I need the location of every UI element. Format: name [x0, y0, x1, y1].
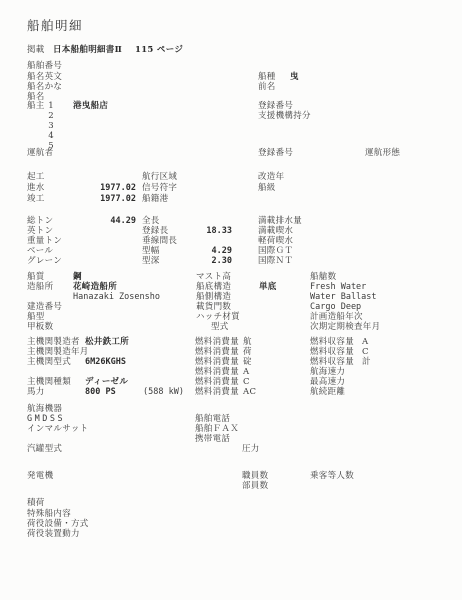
cargo-label: 積荷 — [27, 498, 45, 508]
breadth-value: 4.29 — [187, 246, 232, 256]
hull-material-value: 鋼 — [73, 272, 82, 282]
registry-port-label: 船籍港 — [142, 194, 168, 204]
nav-area-label: 航行区域 — [142, 172, 177, 182]
dwt-label: 重量トン — [27, 236, 62, 246]
lpp-label: 垂線間長 — [142, 236, 177, 246]
fresh-water-label: Fresh Water — [310, 282, 366, 292]
next-survey-label: 次期定期検査年月 — [310, 322, 380, 332]
reg-length-value: 18.33 — [187, 226, 232, 236]
inmarsat-label: インマルサット — [27, 424, 88, 434]
boiler-type-label: 汽罐型式 — [27, 444, 62, 454]
launched-label: 進水 — [27, 183, 45, 193]
support-org-share-label: 支援機構持分 — [258, 111, 311, 121]
cargo-deep-label: Cargo Deep — [310, 302, 361, 312]
passengers-count-label: 乗客等人数 — [310, 471, 354, 481]
int-gt-label: 国際ＧＴ — [258, 246, 293, 256]
registration-no2-label: 登録番号 — [258, 148, 293, 158]
completed-value: 1977.02 — [70, 194, 136, 204]
owner-no-1: 1 — [42, 101, 54, 111]
operation-type-label: 運航形態 — [365, 148, 400, 158]
fuel-capacity-suffix-2: C — [362, 347, 369, 357]
reg-length-label: 登録長 — [142, 226, 168, 236]
ship-type-label: 船種 — [258, 72, 276, 82]
depth-value: 2.30 — [187, 256, 232, 266]
hatch-material-label: ハッチ材質 — [196, 312, 240, 322]
launched-value: 1977.02 — [70, 183, 136, 193]
ship-type-value: 曳 — [290, 72, 299, 82]
fuel-capacity-suffix-3: 計 — [362, 357, 371, 367]
owner-no-3: 3 — [42, 121, 54, 131]
model-type-label: 型式 — [211, 322, 229, 332]
gross-tonnage-value: 44.29 — [70, 216, 136, 226]
operator-label: 運航者 — [27, 148, 53, 158]
fuel-consumption-suffix-4: A — [243, 367, 249, 377]
engine-model-label: 主機関型式 — [27, 357, 71, 367]
hull-material-label: 船質 — [27, 272, 45, 282]
planned-year-label: 計画造船年次 — [310, 312, 363, 322]
fuel-capacity-label-3: 燃料収容量 — [310, 357, 354, 367]
ship-detail-document: 船舶明細 掲載 日本船舶明細書Ⅱ 115 ページ 船舶番号 船名英文 船名かな … — [0, 0, 462, 600]
fuel-consumption-label-2: 燃料消費量 — [195, 347, 239, 357]
former-name-label: 前名 — [258, 82, 276, 92]
breadth-label: 型幅 — [142, 246, 160, 256]
mobile-phone-label: 携帯電話 — [195, 434, 230, 444]
gmdss-label: GMDSS — [27, 414, 65, 424]
owner-no-2: 2 — [42, 111, 54, 121]
fuel-consumption-label-5: 燃料消費量 — [195, 377, 239, 387]
power-value: 800 PS — [85, 387, 116, 397]
holds-count-label: 船艙数 — [310, 272, 336, 282]
full-draft-label: 満載喫水 — [258, 226, 293, 236]
fuel-capacity-label-1: 燃料収容量 — [310, 337, 354, 347]
generator-label: 発電機 — [27, 471, 53, 481]
loa-label: 全長 — [142, 216, 160, 226]
name-kana-label: 船名かな — [27, 82, 62, 92]
fuel-consumption-label-3: 燃料消費量 — [195, 357, 239, 367]
light-draft-label: 軽荷喫水 — [258, 236, 293, 246]
bottom-structure-label: 船底構造 — [196, 282, 231, 292]
grain-label: グレーン — [27, 256, 62, 266]
sea-speed-label: 航海速力 — [310, 367, 345, 377]
engine-kind-label: 主機関種類 — [27, 377, 71, 387]
side-structure-label: 船側構造 — [196, 292, 231, 302]
fuel-consumption-suffix-6: AC — [243, 387, 256, 397]
cargo-doors-label: 載貨門数 — [196, 302, 231, 312]
int-nt-label: 国際ＮＴ — [258, 256, 293, 266]
fuel-consumption-suffix-2: 荷 — [243, 347, 252, 357]
cargo-handling-power-label: 荷役装置動力 — [27, 529, 80, 539]
page-title: 船舶明細 — [27, 21, 83, 31]
fuel-consumption-suffix-1: 航 — [243, 337, 252, 347]
bottom-structure-value: 単底 — [259, 282, 277, 292]
ship-number-label: 船舶番号 — [27, 61, 62, 71]
mast-height-label: マスト高 — [196, 272, 231, 282]
ship-phone-label: 船舶電話 — [195, 414, 230, 424]
registration-no-label: 登録番号 — [258, 101, 293, 111]
water-ballast-label: Water Ballast — [310, 292, 377, 302]
owner-no-4: 4 — [42, 131, 54, 141]
shipyard-value: 花崎造船所 — [73, 282, 117, 292]
fuel-capacity-suffix-1: A — [362, 337, 368, 347]
depth-label: 型深 — [142, 256, 160, 266]
owner-1-value: 港曳船店 — [73, 101, 108, 111]
net-en-tonnage-label: 英トン — [27, 226, 53, 236]
source-book: 日本船舶明細書Ⅱ — [53, 45, 122, 55]
special-ship-label: 特殊船内容 — [27, 509, 71, 519]
bale-label: ベール — [27, 246, 53, 256]
cargo-handling-label: 荷役設備・方式 — [27, 519, 89, 529]
engine-maker-date-label: 主機関製造年月 — [27, 347, 89, 357]
engine-maker-value: 松井鉄工所 — [85, 337, 129, 347]
nav-equipment-label: 航海機器 — [27, 404, 62, 414]
officers-count-label: 職員数 — [242, 471, 268, 481]
engine-model-value: 6M26KGHS — [85, 357, 126, 367]
completed-label: 竣工 — [27, 194, 45, 204]
shipyard-en: Hanazaki Zosensho — [73, 292, 160, 302]
fuel-consumption-suffix-3: 碇 — [243, 357, 252, 367]
fuel-consumption-label-4: 燃料消費量 — [195, 367, 239, 377]
fuel-consumption-label-6: 燃料消費量 — [195, 387, 239, 397]
crew-count-label: 部員数 — [242, 481, 268, 491]
hull-form-label: 船型 — [27, 312, 45, 322]
engine-kind-value: ディーゼル — [85, 377, 128, 387]
class-label: 船級 — [258, 183, 276, 193]
engine-maker-label: 主機関製造者 — [27, 337, 80, 347]
shipyard-label: 造船所 — [27, 282, 53, 292]
fuel-capacity-label-2: 燃料収容量 — [310, 347, 354, 357]
call-sign-label: 信号符字 — [142, 183, 177, 193]
range-label: 航続距離 — [310, 387, 345, 397]
name-en-label: 船名英文 — [27, 72, 62, 82]
source-label: 掲載 — [27, 45, 45, 55]
full-displacement-label: 満載排水量 — [258, 216, 302, 226]
build-no-label: 建造番号 — [27, 302, 62, 312]
decks-label: 甲板数 — [27, 322, 53, 332]
power-label: 馬力 — [27, 387, 45, 397]
power-kw-value: (588 kW) — [143, 387, 184, 397]
conversion-year-label: 改造年 — [258, 172, 284, 182]
gross-tonnage-label: 総トン — [27, 216, 53, 226]
fuel-consumption-suffix-5: C — [243, 377, 250, 387]
keel-laid-label: 起工 — [27, 172, 45, 182]
ship-fax-label: 船舶ＦＡＸ — [195, 424, 239, 434]
pressure-label: 圧力 — [242, 444, 260, 454]
source-page: 115 ページ — [135, 45, 183, 55]
max-speed-label: 最高速力 — [310, 377, 345, 387]
fuel-consumption-label-1: 燃料消費量 — [195, 337, 239, 347]
